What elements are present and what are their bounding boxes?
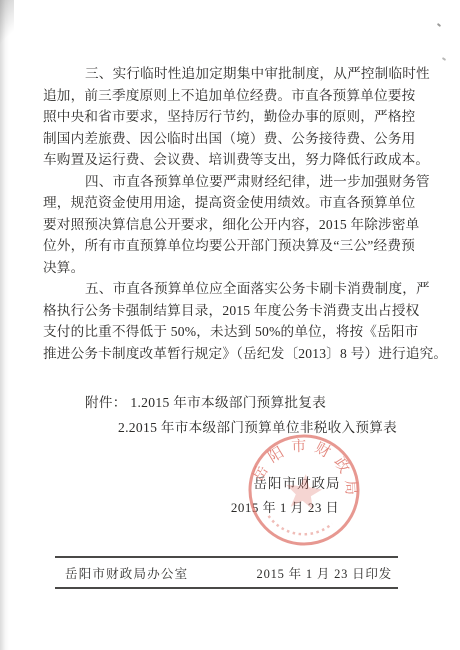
attachment-item: 1.2015 年市本级部门预算批复表 — [130, 390, 326, 415]
body-text-line: 照中央和省市要求，坚持厉行节约，勤俭办事的原则，严格控 — [43, 106, 415, 128]
body-text-line: 理，规范资金使用用途，提高资金使用绩效。市直各预算单位 — [43, 192, 415, 214]
attachment-row: 2.2015 年市本级部门预算单位非税收入预算表 — [85, 415, 425, 440]
footer-rule-top — [55, 556, 398, 558]
attachments-block: 附件： 1.2015 年市本级部门预算批复表 2.2015 年市本级部门预算单位… — [85, 390, 425, 440]
body-text-line: 要对照预决算信息公开要求，细化公开内容，2015 年除涉密单 — [43, 214, 415, 236]
scan-edge-shadow — [0, 0, 9, 650]
body-text-line: 五、市直各预算单位应全面落实公务卡刷卡消费制度，严 — [43, 278, 415, 300]
body-text-line: 追加，前三季度原则上不追加单位经费。市直各预算单位要按 — [43, 85, 415, 107]
attachment-row: 附件： 1.2015 年市本级部门预算批复表 — [85, 390, 425, 415]
footer-print-date: 2015 年 1 月 23 日印发 — [257, 564, 392, 582]
body-text-line: 推进公务卡制度改革暂行规定》（岳纪发〔2013〕8 号）进行追究。 — [43, 343, 415, 365]
footer-issuer: 岳阳市财政局办公室 — [65, 564, 188, 582]
seal-code-marks — [267, 516, 332, 538]
scanned-document-page: 三、实行临时性追加定期集中审批制度，从严控制临时性 追加，前三季度原则上不追加单… — [0, 0, 460, 650]
attachment-item: 2.2015 年市本级部门预算单位非税收入预算表 — [118, 415, 397, 440]
footer-rule-bottom — [55, 587, 398, 589]
scan-speck — [437, 23, 441, 27]
scan-corner-shadow — [0, 0, 14, 50]
body-text-line: 决算。 — [43, 257, 415, 279]
body-text-line: 三、实行临时性追加定期集中审批制度，从严控制临时性 — [43, 63, 415, 85]
attachments-label: 附件： — [85, 390, 127, 415]
body-text-line: 四、市直各预算单位要严肃财经纪律，进一步加强财务管 — [43, 171, 415, 193]
body-text-line: 支付的比重不得低于 50%，未达到 50%的单位，将按《岳阳市 — [43, 321, 415, 343]
body-text-line: 位外，所有市直预算单位均要公开部门预决算及“三公”经费预 — [43, 235, 415, 257]
body-text-line: 格执行公务卡强制结算目录，2015 年度公务卡消费支出占授权 — [43, 300, 415, 322]
seal-arc-text: 岳阳市财政局 — [248, 430, 368, 504]
signature-agency: 岳阳市财政局 — [236, 472, 358, 492]
signature-date: 2015 年 1 月 23 日 — [224, 497, 346, 516]
scan-speck — [442, 57, 446, 61]
body-text-line: 制国内差旅费、因公临时出国（境）费、公务接待费、公务用 — [43, 128, 415, 150]
document-body: 三、实行临时性追加定期集中审批制度，从严控制临时性 追加，前三季度原则上不追加单… — [43, 63, 415, 364]
body-text-line: 车购置及运行费、会议费、培训费等支出，努力降低行政成本。 — [43, 149, 415, 171]
